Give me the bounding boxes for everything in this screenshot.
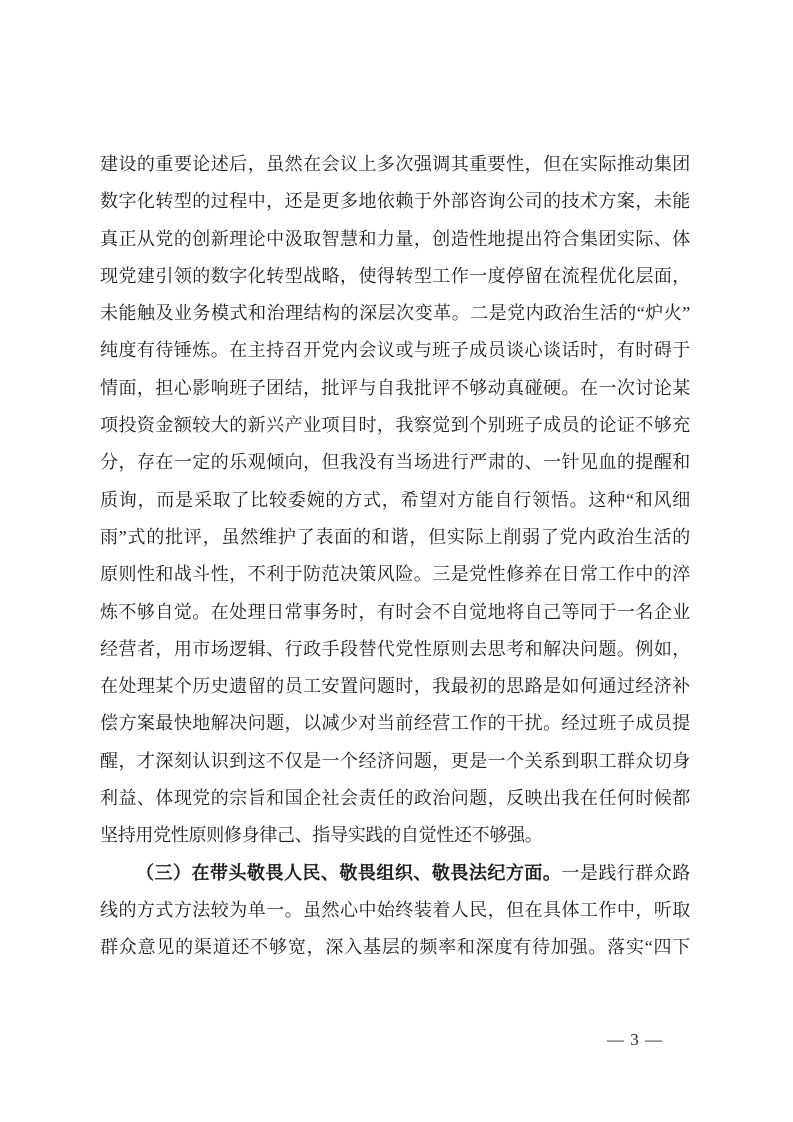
- body-line: 纯度有待锤炼。在主持召开党内会议或与班子成员谈心谈话时，有时碍于: [100, 332, 690, 369]
- body-text: 偿方案最快地解决问题，以减少对当前经营工作的干扰。经过班子成员提: [100, 713, 690, 733]
- body-text: 建设的重要论述后，虽然在会议上多次强调其重要性，但在实际推动集团: [100, 154, 690, 174]
- body-line: 炼不够自觉。在处理日常事务时，有时会不自觉地将自己等同于一名企业: [100, 594, 690, 631]
- body-text: 坚持用党性原则修身律己、指导实践的自觉性还不够强。: [100, 825, 543, 845]
- body-text: 醒，才深刻认识到这不仅是一个经济问题，更是一个关系到职工群众切身: [100, 751, 690, 771]
- body-text: 现党建引领的数字化转型战略，使得转型工作一度停留在流程优化层面，: [100, 266, 690, 286]
- body-line: 经营者，用市场逻辑、行政手段替代党性原则去思考和解决问题。例如，: [100, 631, 690, 668]
- body-line: 项投资金额较大的新兴产业项目时，我察觉到个别班子成员的论证不够充: [100, 407, 690, 444]
- body-text: 一是践行群众路: [561, 863, 690, 883]
- body-line: 建设的重要论述后，虽然在会议上多次强调其重要性，但在实际推动集团: [100, 146, 690, 183]
- body-line: 在处理某个历史遗留的员工安置问题时，我最初的思路是如何通过经济补: [100, 668, 690, 705]
- body-text: 情面，担心影响班子团结，批评与自我批评不够动真碰硬。在一次讨论某: [100, 378, 690, 398]
- section-heading: （三）在带头敬畏人民、敬畏组织、敬畏法纪方面。: [136, 863, 561, 883]
- body-line: 原则性和战斗性，不利于防范决策风险。三是党性修养在日常工作中的淬: [100, 556, 690, 593]
- body-text: 在处理某个历史遗留的员工安置问题时，我最初的思路是如何通过经济补: [100, 676, 690, 696]
- body-text: 炼不够自觉。在处理日常事务时，有时会不自觉地将自己等同于一名企业: [100, 602, 690, 622]
- body-line: 现党建引领的数字化转型战略，使得转型工作一度停留在流程优化层面，: [100, 258, 690, 295]
- body-text: 项投资金额较大的新兴产业项目时，我察觉到个别班子成员的论证不够充: [100, 415, 690, 435]
- page-number: — 3 —: [585, 1028, 685, 1052]
- body-line: 坚持用党性原则修身律己、指导实践的自觉性还不够强。: [100, 817, 690, 854]
- body-line: （三）在带头敬畏人民、敬畏组织、敬畏法纪方面。一是践行群众路: [100, 855, 690, 892]
- body-text: 未能触及业务模式和治理结构的深层次变革。二是党内政治生活的“炉火”: [100, 303, 690, 323]
- body-line: 雨”式的批评，虽然维护了表面的和谐，但实际上削弱了党内政治生活的: [100, 519, 690, 556]
- body-line: 分，存在一定的乐观倾向，但我没有当场进行严肃的、一针见血的提醒和: [100, 444, 690, 481]
- body-line: 质询，而是采取了比较委婉的方式，希望对方能自行领悟。这种“和风细: [100, 482, 690, 519]
- body-text: 分，存在一定的乐观倾向，但我没有当场进行严肃的、一针见血的提醒和: [100, 452, 690, 472]
- body-line: 线的方式方法较为单一。虽然心中始终装着人民，但在具体工作中，听取: [100, 892, 690, 929]
- body-text: 原则性和战斗性，不利于防范决策风险。三是党性修养在日常工作中的淬: [100, 564, 690, 584]
- body-line: 未能触及业务模式和治理结构的深层次变革。二是党内政治生活的“炉火”: [100, 295, 690, 332]
- body-text: 质询，而是采取了比较委婉的方式，希望对方能自行领悟。这种“和风细: [100, 490, 690, 510]
- body-line: 利益、体现党的宗旨和国企社会责任的政治问题，反映出我在任何时候都: [100, 780, 690, 817]
- body-text: 利益、体现党的宗旨和国企社会责任的政治问题，反映出我在任何时候都: [100, 788, 690, 808]
- body-text: 雨”式的批评，虽然维护了表面的和谐，但实际上削弱了党内政治生活的: [100, 527, 690, 547]
- document-page: 建设的重要论述后，虽然在会议上多次强调其重要性，但在实际推动集团数字化转型的过程…: [0, 0, 793, 1122]
- body-text: 经营者，用市场逻辑、行政手段替代党性原则去思考和解决问题。例如，: [100, 639, 690, 659]
- body-line: 真正从党的创新理论中汲取智慧和力量，创造性地提出符合集团实际、体: [100, 221, 690, 258]
- body-line: 情面，担心影响班子团结，批评与自我批评不够动真碰硬。在一次讨论某: [100, 370, 690, 407]
- body-line: 醒，才深刻认识到这不仅是一个经济问题，更是一个关系到职工群众切身: [100, 743, 690, 780]
- body-line: 偿方案最快地解决问题，以减少对当前经营工作的干扰。经过班子成员提: [100, 705, 690, 742]
- body-line: 数字化转型的过程中，还是更多地依赖于外部咨询公司的技术方案，未能: [100, 183, 690, 220]
- body-text: 真正从党的创新理论中汲取智慧和力量，创造性地提出符合集团实际、体: [100, 229, 690, 249]
- body-text: 纯度有待锤炼。在主持召开党内会议或与班子成员谈心谈话时，有时碍于: [100, 340, 690, 360]
- body-line: 群众意见的渠道还不够宽，深入基层的频率和深度有待加强。落实“四下: [100, 929, 690, 966]
- document-body: 建设的重要论述后，虽然在会议上多次强调其重要性，但在实际推动集团数字化转型的过程…: [100, 146, 690, 967]
- body-text: 线的方式方法较为单一。虽然心中始终装着人民，但在具体工作中，听取: [100, 900, 690, 920]
- body-text: 群众意见的渠道还不够宽，深入基层的频率和深度有待加强。落实“四下: [100, 937, 690, 957]
- body-text: 数字化转型的过程中，还是更多地依赖于外部咨询公司的技术方案，未能: [100, 191, 690, 211]
